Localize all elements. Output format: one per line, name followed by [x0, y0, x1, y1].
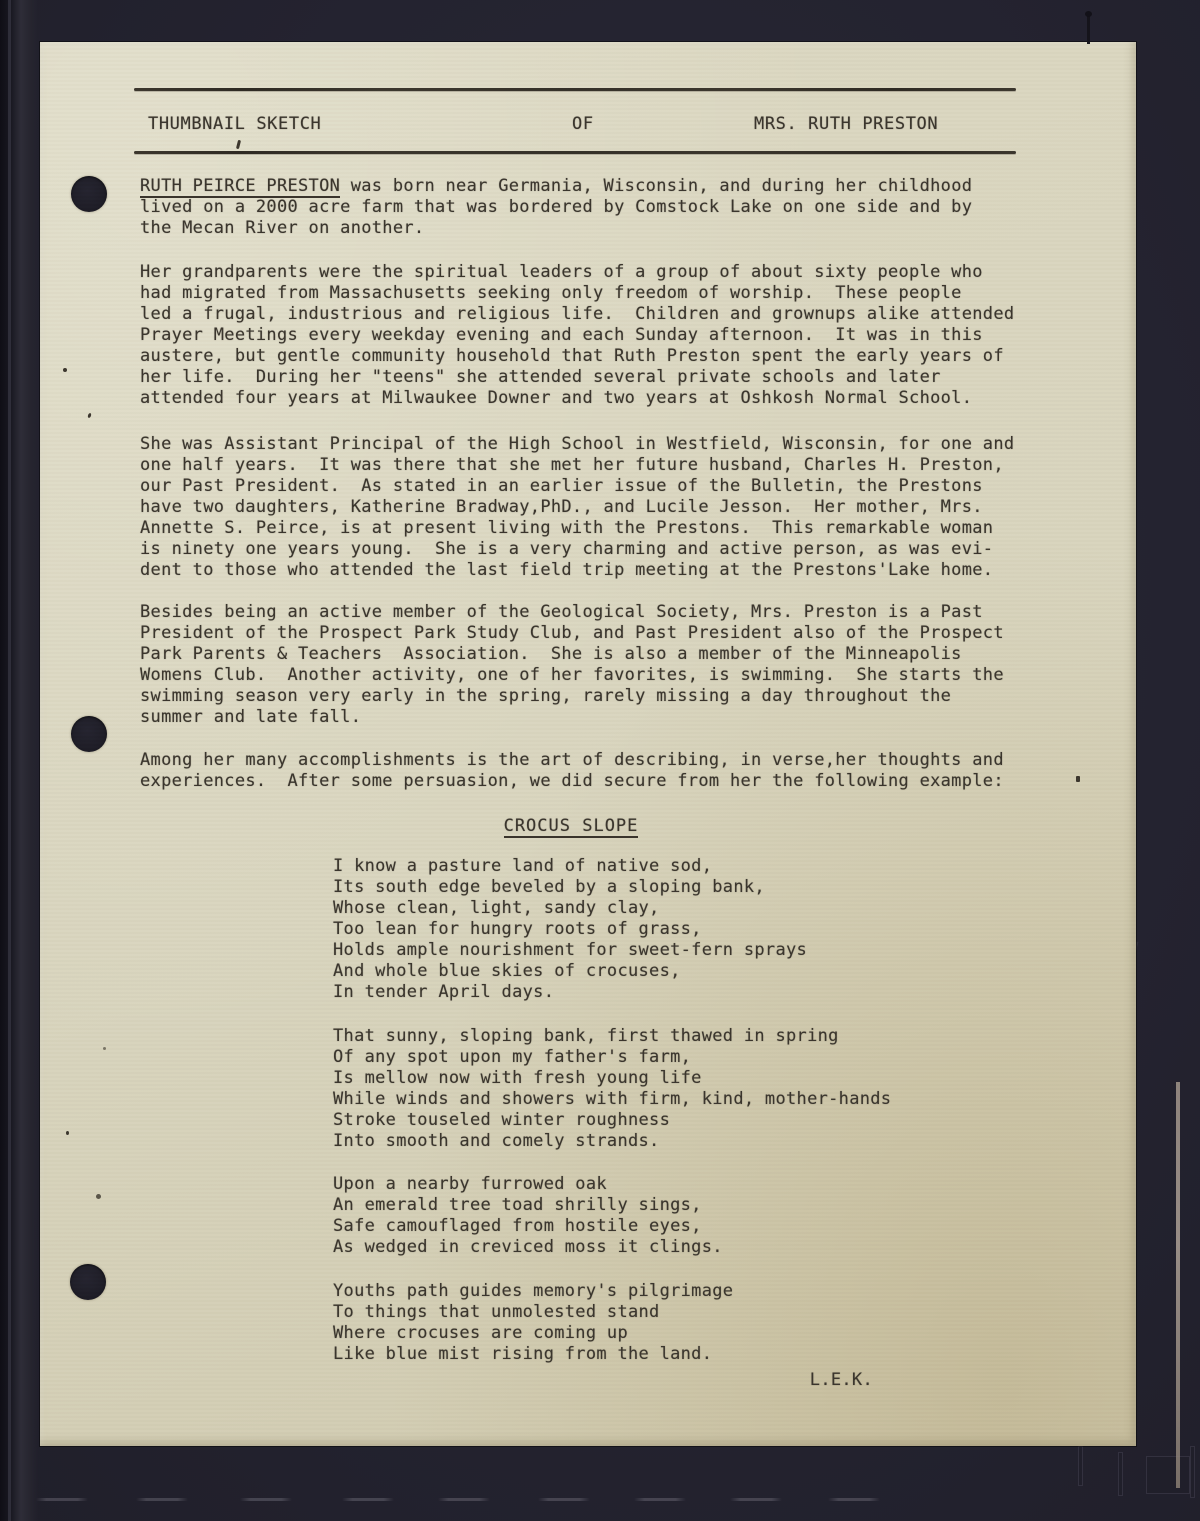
ink-speck [1076, 776, 1080, 782]
perforation-mark [136, 1498, 188, 1501]
ink-speck [96, 1194, 101, 1199]
header-rule-top [134, 88, 1016, 91]
document-page: THUMBNAIL SKETCH OF MRS. RUTH PRESTON RU… [40, 42, 1136, 1446]
poem-title-text: CROCUS SLOPE [504, 816, 639, 838]
ink-speck [236, 140, 241, 149]
binder-spine [0, 0, 38, 1521]
poem-title: CROCUS SLOPE [140, 816, 1002, 837]
binder-spine-highlight [8, 0, 11, 1521]
punch-hole-middle [71, 716, 107, 752]
ink-speck [87, 413, 92, 419]
binder-clip-mark [1118, 1452, 1123, 1496]
underlying-sheet-edge [1176, 1082, 1180, 1488]
poem-stanza-4: Youths path guides memory's pilgrimage T… [333, 1281, 1020, 1365]
paragraph-career: She was Assistant Principal of the High … [140, 434, 1020, 581]
paragraph-memberships: Besides being an active member of the Ge… [140, 602, 1020, 728]
perforation-mark [438, 1498, 490, 1501]
header-rule-bottom [134, 151, 1016, 154]
header-title: THUMBNAIL SKETCH [148, 114, 321, 134]
punch-hole-bottom [70, 1264, 106, 1300]
binder-clip-mark [1190, 1446, 1195, 1498]
poem-stanza-2: That sunny, sloping bank, first thawed i… [333, 1026, 1020, 1152]
perforation-mark [36, 1498, 88, 1501]
author-initials: L.E.K. [140, 1370, 1020, 1391]
perforation-mark [342, 1498, 394, 1501]
scanned-document-scene: THUMBNAIL SKETCH OF MRS. RUTH PRESTON RU… [0, 0, 1200, 1521]
punch-hole-top [71, 176, 107, 212]
perforation-mark [828, 1498, 880, 1501]
ink-speck [63, 368, 67, 372]
ink-speck [103, 1047, 106, 1050]
perforation-mark [538, 1498, 590, 1501]
poem-stanza-3: Upon a nearby furrowed oak An emerald tr… [333, 1174, 1020, 1258]
binder-clip-mark [1078, 1446, 1083, 1486]
paragraph-birth-firstline: was born near Germania, Wisconsin, and d… [340, 176, 972, 196]
perforation-mark [240, 1498, 292, 1501]
ink-speck [66, 1131, 69, 1135]
paragraph-grandparents: Her grandparents were the spiritual lead… [140, 262, 1020, 409]
binder-clip-mark [1146, 1456, 1190, 1494]
pin-mark [1087, 14, 1090, 44]
document-body: RUTH PEIRCE PRESTON was born near German… [140, 176, 1020, 1391]
header-subject: MRS. RUTH PRESTON [754, 114, 938, 134]
perforation-mark [730, 1498, 782, 1501]
poem-stanza-1: I know a pasture land of native sod, Its… [333, 856, 1020, 1003]
perforation-mark [634, 1498, 686, 1501]
header-of-label: OF [572, 114, 594, 134]
paragraph-accomplishments: Among her many accomplishments is the ar… [140, 750, 1020, 792]
subject-name-underlined: RUTH PEIRCE PRESTON [140, 176, 340, 198]
paragraph-birth-lines: lived on a 2000 acre farm that was borde… [140, 197, 1020, 239]
paragraph-birth: RUTH PEIRCE PRESTON was born near German… [140, 176, 1020, 239]
document-header: THUMBNAIL SKETCH OF MRS. RUTH PRESTON [40, 114, 1136, 136]
